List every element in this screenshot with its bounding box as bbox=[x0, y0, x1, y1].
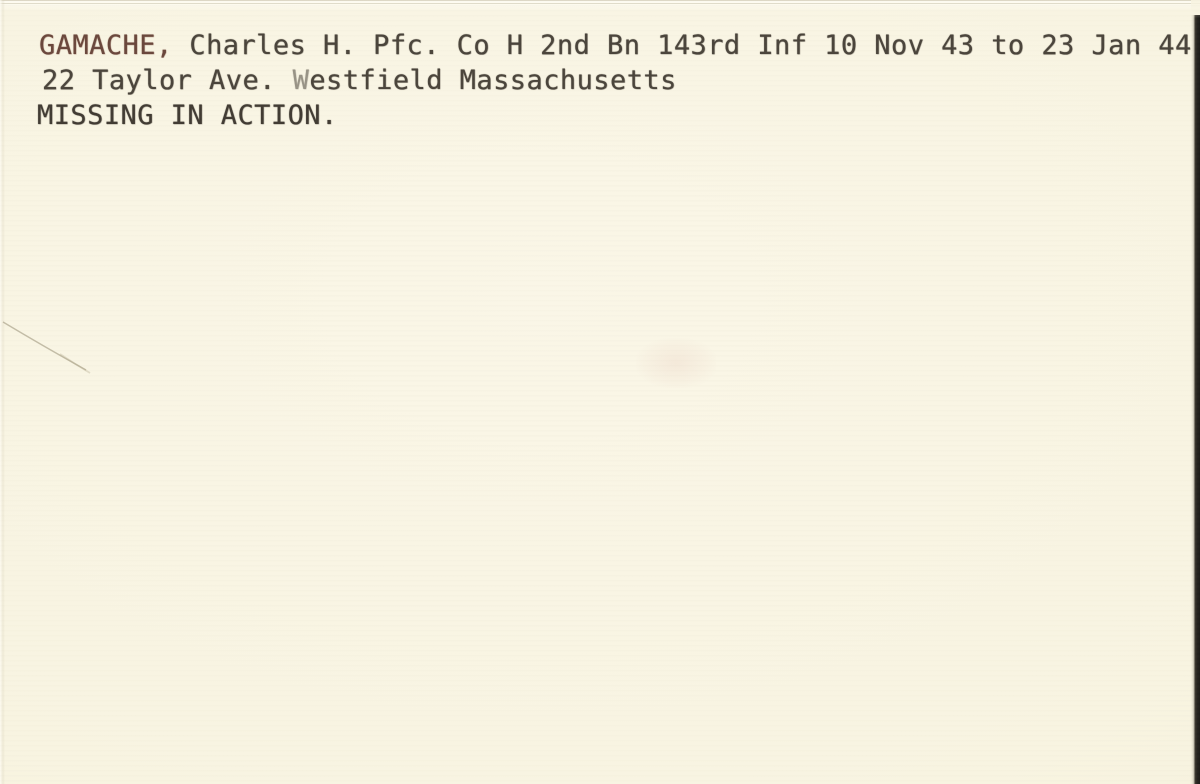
address-text-after: estfield Massachusetts bbox=[309, 65, 677, 96]
typed-text-block: GAMACHE, Charles H. Pfc. Co H 2nd Bn 143… bbox=[37, 28, 1192, 133]
typed-line-status: MISSING IN ACTION. bbox=[37, 98, 1192, 133]
scanner-shadow-edge-fade bbox=[1191, 0, 1200, 18]
card-left-edge bbox=[0, 0, 5, 784]
service-details-text: Charles H. Pfc. Co H 2nd Bn 143rd Inf 10… bbox=[173, 30, 1192, 61]
typed-line-service-record: GAMACHE, Charles H. Pfc. Co H 2nd Bn 143… bbox=[39, 28, 1192, 63]
address-text-before: 22 Taylor Ave. bbox=[42, 65, 293, 96]
card-top-edge-line bbox=[0, 3, 1200, 4]
address-text-faded-letter: W bbox=[293, 65, 310, 96]
typed-line-address: 22 Taylor Ave. Westfield Massachusetts bbox=[42, 63, 1192, 98]
scanner-shadow-edge bbox=[1191, 15, 1200, 784]
paper-smudge bbox=[636, 338, 716, 388]
card-top-edge bbox=[0, 0, 1200, 11]
surname-text: GAMACHE, bbox=[39, 30, 173, 61]
scanned-index-card: GAMACHE, Charles H. Pfc. Co H 2nd Bn 143… bbox=[0, 0, 1200, 784]
paper-scratch bbox=[0, 316, 110, 382]
